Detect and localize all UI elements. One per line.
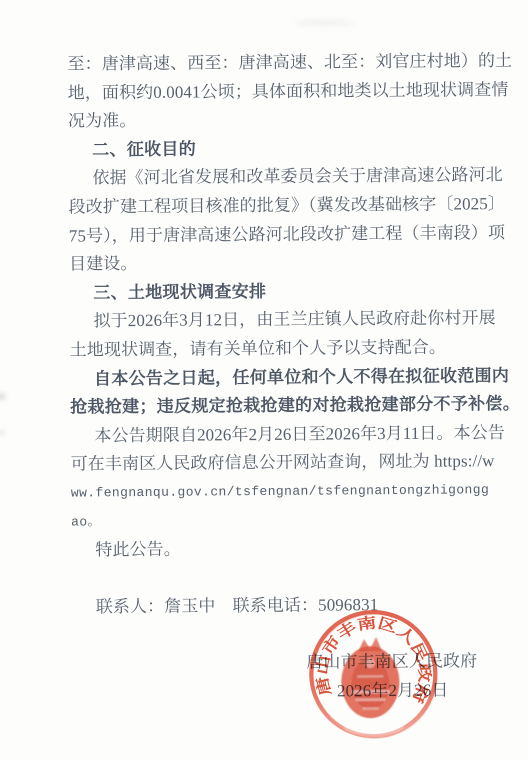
doc-line: 况为准。 xyxy=(68,105,473,137)
doc-line: 自本公告之日起，任何单位和个人不得在拟征收范围内 xyxy=(70,362,475,394)
doc-line: 抢栽抢建；违反规定抢栽抢建的对抢栽抢建部分不予补偿。 xyxy=(70,390,475,422)
doc-line: 土地现状调查，请有关单位和个人予以支持配合。 xyxy=(70,333,475,365)
doc-line: 可在丰南区人民政府信息公开网站查询，网址为 https://w xyxy=(71,448,476,480)
scanned-announcement-page: 至：唐津高速、西至：唐津高速、北至：刘官庄村地）的土地，面积约0.0041公顷；… xyxy=(0,0,528,760)
doc-line: 75号），用于唐津高速公路河北段改扩建工程（丰南段）项 xyxy=(69,219,474,251)
doc-line: 本公告期限自2026年2月26日至2026年3月11日。本公告 xyxy=(70,419,475,451)
doc-line: 二、征收目的 xyxy=(68,133,473,165)
doc-line: 地，面积约0.0041公顷；具体面积和地类以土地现状调查情 xyxy=(68,76,473,108)
doc-line: 至：唐津高速、西至：唐津高速、北至：刘官庄村地）的土 xyxy=(67,47,472,79)
doc-line: ww.fengnanqu.gov.cn/tsfengnan/tsfengnant… xyxy=(71,476,476,508)
scan-tilt-wrapper: 至：唐津高速、西至：唐津高速、北至：刘官庄村地）的土地，面积约0.0041公顷；… xyxy=(0,0,528,760)
doc-line: 段改扩建工程项目核准的批复》（冀发改基础核字〔2025〕 xyxy=(69,190,474,222)
doc-line: 拟于2026年3月12日，由王兰庄镇人民政府赴你村开展 xyxy=(69,305,474,337)
doc-line: 依据《河北省发展和改革委员会关于唐津高速公路河北 xyxy=(68,162,473,194)
doc-line: 特此公告。 xyxy=(71,533,476,565)
doc-line: 三、土地现状调查安排 xyxy=(69,276,474,308)
doc-line: ao。 xyxy=(71,505,476,537)
national-emblem-icon xyxy=(341,637,404,735)
official-seal: 唐山市丰南区人民政府 xyxy=(288,588,459,759)
doc-line: 目建设。 xyxy=(69,248,474,280)
